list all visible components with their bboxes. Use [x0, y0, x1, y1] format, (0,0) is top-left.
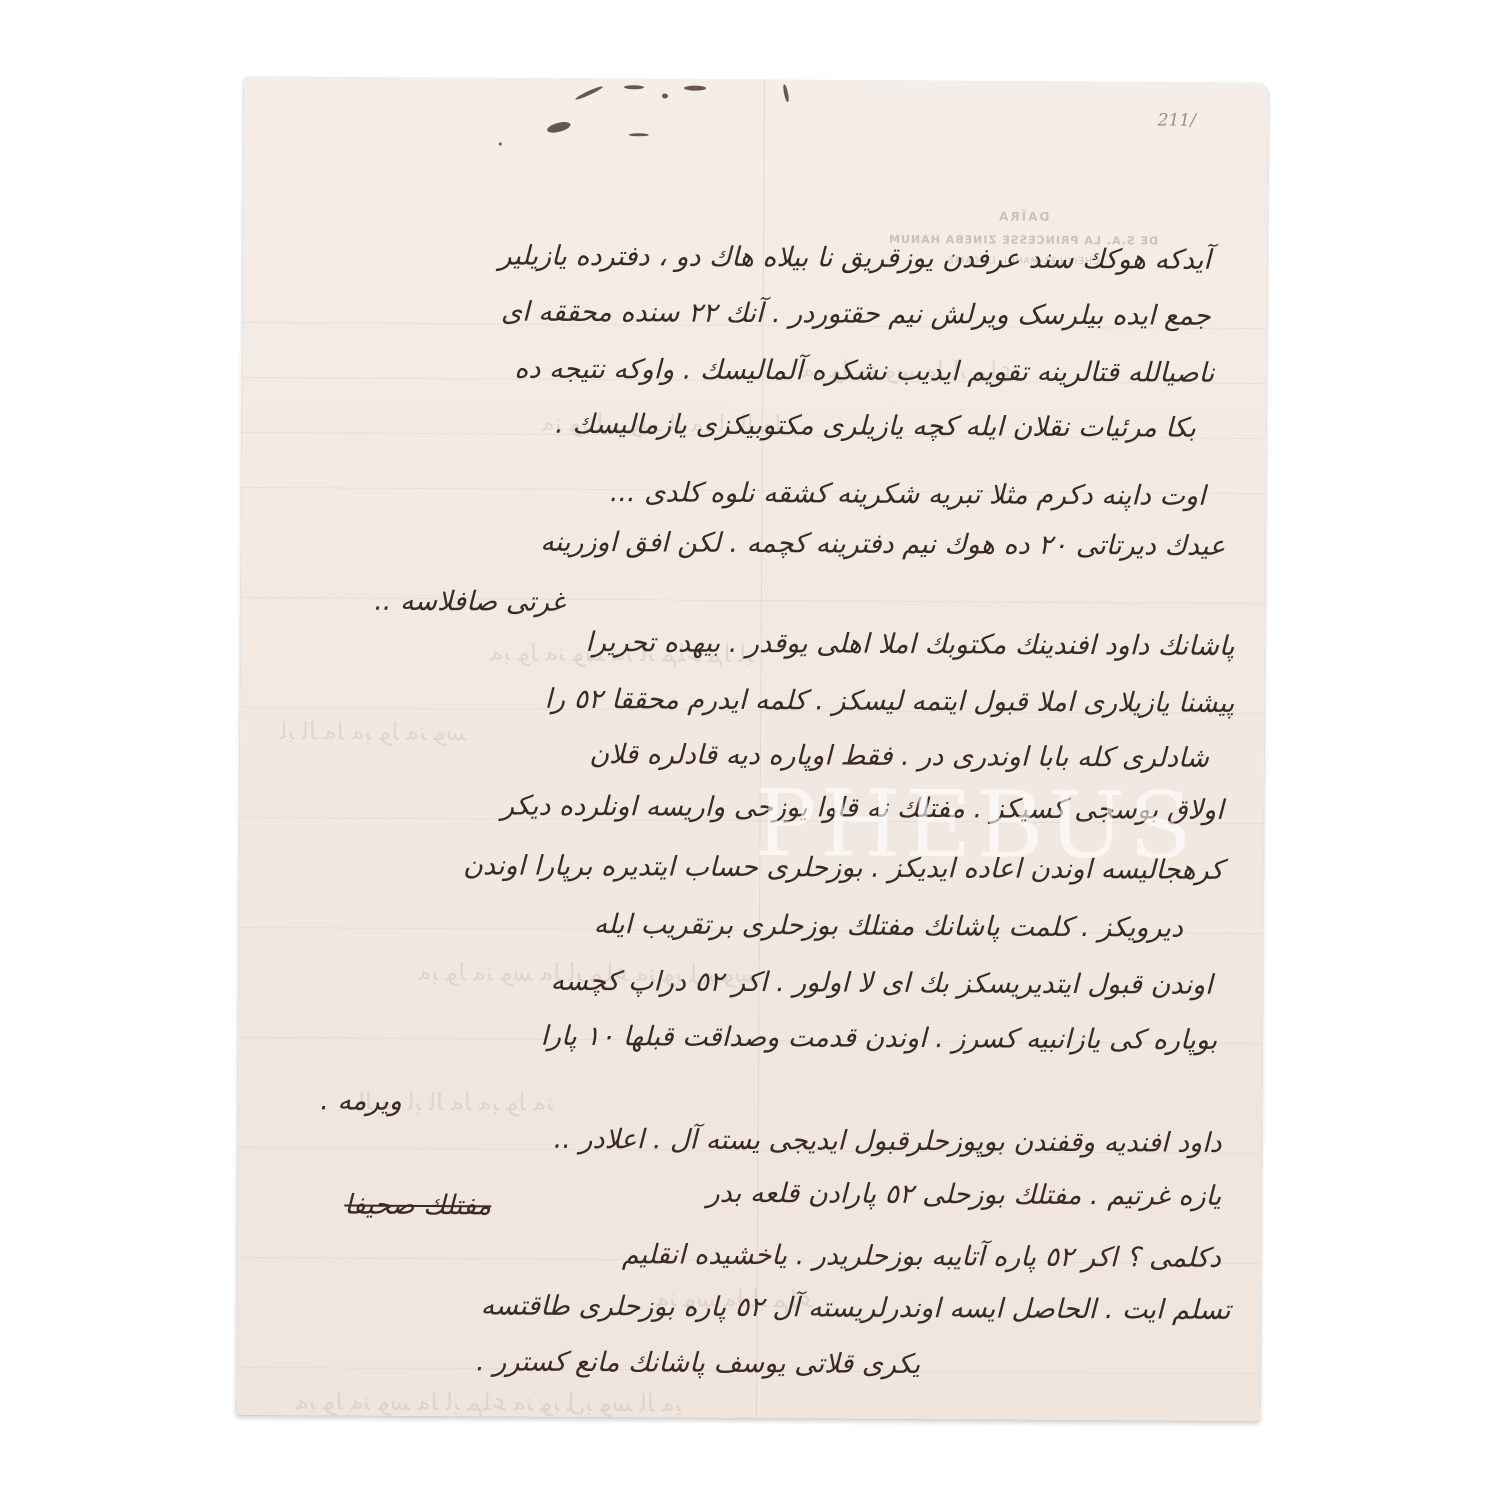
handwritten-line: بكا مرئیات نقلان ایله كچه یازیلری مكتوبی… [296, 407, 1196, 443]
handwritten-line: غرتی صافلاسه .. [305, 585, 565, 618]
handwritten-line: جمع ایده بیلرسک ویرلش نیم حقتوردر . آنك … [291, 295, 1211, 332]
handwritten-line: یازه غرتیم . مفتلك بوزحلی ٥٢ پارادن قلعه… [521, 1177, 1221, 1212]
handwritten-line: اوندن قبول ایتدیریسكز بك ای لا اولور . ا… [282, 964, 1212, 1001]
handwritten-line: كرهجالیسه اوندن اعاده ایدیكز . بوزحلری ح… [283, 849, 1223, 886]
struck-through-phrase: مفتلك صحیفا [311, 1189, 491, 1221]
handwritten-line: شادلری كله بابا اوندری در . فقط اوپاره د… [279, 737, 1209, 774]
handwritten-line: یكری قلاتی یوسف پاشانك مانع كسترر . [280, 1345, 920, 1380]
handwritten-line: اولاق بوسجی كسیكز . مفتلك نه قاوا یوزحی … [284, 789, 1224, 826]
handwritten-line: بوپاره كی یازانبیه كسرز . اوندن قدمت وصد… [287, 1019, 1217, 1056]
handwritten-line: عیدك دیرتاتی ٢٠ ده هوك نیم دفترینه كچمه … [285, 525, 1225, 562]
handwritten-line: ویرمه . [282, 1085, 402, 1117]
letter-paper: 211/ DAÏRA DE S.A. LA PRINCESSE ZINEBA H… [236, 77, 1268, 1421]
handwritten-line: پیشنا یازیلاری املا قبول ایتمه لیسكز . ك… [274, 682, 1234, 719]
handwritten-body: آیدکه هوكك سند عرفدن یوزقریق نا بیلاه ها… [236, 77, 1268, 1421]
handwritten-line: پاشانك داود افندینك مكتوبك املا اهلی یوق… [285, 625, 1235, 662]
handwritten-line: دكلمی ؟ اكر ٥٢ پاره آتایبه بوزحلریدر . ی… [281, 1237, 1221, 1274]
handwritten-line: اوت داپنه دكرم مثلا تبریه شكرینه كشقه نل… [285, 475, 1205, 512]
handwritten-line: آیدکه هوكك سند عرفدن یوزقریق نا بیلاه ها… [291, 239, 1211, 276]
handwritten-line: تسلم ایت . الحاصل ایسه اوندرلریسته آل ٥٢… [271, 1289, 1231, 1326]
photo-stage: 211/ DAÏRA DE S.A. LA PRINCESSE ZINEBA H… [0, 0, 1500, 1500]
handwritten-line: ناصیالله قتالرینه تقویم ایدیب نشكره آلما… [294, 352, 1214, 389]
handwritten-line: دیرویكز . كلمت پاشانك مفتلك بوزحلری برتق… [283, 907, 1183, 943]
struck-text: مفتلك صحیفا [344, 1190, 491, 1222]
handwritten-line: داود افندیه وقفندن بوپوزحلرقبول ایدیجی ی… [282, 1122, 1222, 1159]
